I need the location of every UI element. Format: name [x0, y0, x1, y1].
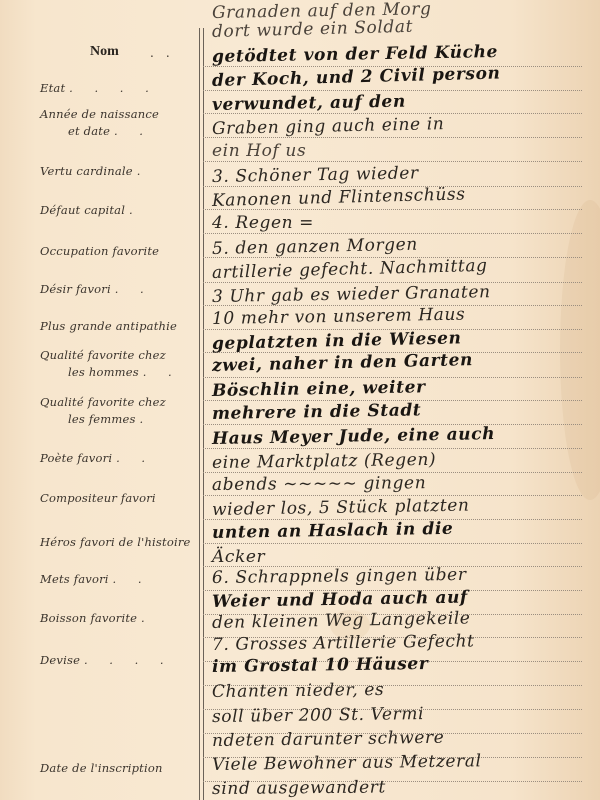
handwritten-line: ein Hof us — [212, 140, 592, 162]
handwritten-line: soll über 200 St. Vermi — [212, 701, 592, 728]
label-date-inscription: Date de l'inscription — [40, 760, 195, 777]
handwritten-line: im Grostal 10 Häuser — [212, 651, 592, 678]
label-boisson-favorite: Boisson favorite . — [40, 610, 195, 627]
label-annee-naissance: Année de naissanceet date . . — [40, 106, 195, 140]
label-mets-favori: Mets favori . . — [40, 571, 195, 588]
label-heros-favori: Héros favori de l'histoire — [40, 534, 195, 551]
label-plus-grande-antipathie: Plus grande antipathie — [40, 318, 195, 335]
handwritten-line: Chanten nieder, es — [212, 676, 592, 703]
label-desir-favori: Désir favori . . — [40, 281, 195, 298]
label-compositeur-favori: Compositeur favori — [40, 490, 195, 507]
label-qualite-hommes: Qualité favorite chezles hommes . . — [40, 347, 195, 381]
margin-line — [199, 28, 200, 800]
label-defaut-capital: Défaut capital . — [40, 202, 195, 219]
album-page: Nom .. Etat . . . . Année de naissanceet… — [0, 0, 600, 800]
form-title-nom: Nom — [90, 44, 119, 60]
handwritten-line: eine Marktplatz (Regen) — [212, 447, 592, 474]
label-poete-favori: Poète favori . . — [40, 450, 195, 467]
label-etat: Etat . . . . — [40, 80, 195, 97]
handwritten-line: Viele Bewohner aus Metzeral — [212, 749, 592, 776]
handwritten-line: Haus Meyer Jude, eine auch — [212, 421, 592, 450]
label-vertu-cardinale: Vertu cardinale . — [40, 163, 195, 180]
handwritten-line: ndeten darunter schwere — [212, 725, 592, 752]
label-devise: Devise . . . . — [40, 652, 195, 669]
nom-dots: .. — [150, 46, 182, 60]
handwritten-line: abends ~~~~~ gingen — [212, 471, 592, 496]
label-qualite-femmes: Qualité favorite chezles femmes . — [40, 394, 195, 428]
handwritten-line: sind ausgewandert — [212, 775, 592, 800]
label-occupation-favorite: Occupation favorite — [40, 243, 195, 260]
